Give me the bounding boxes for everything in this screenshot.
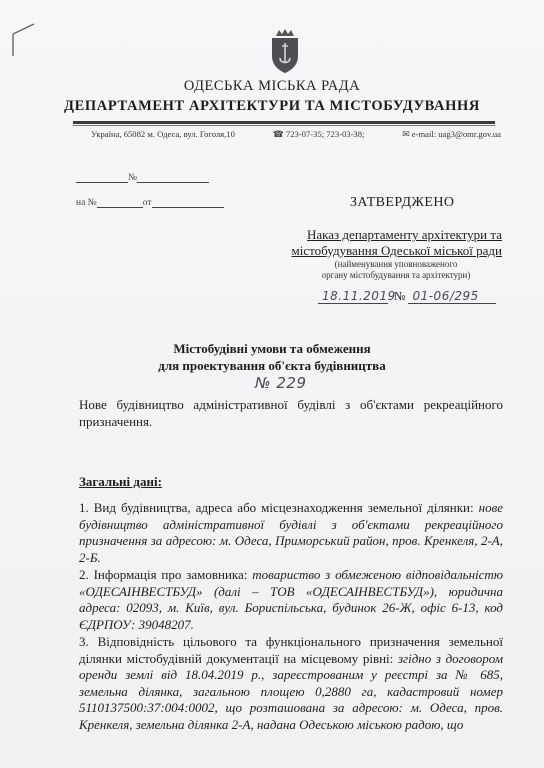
document-title: Містобудівні умови та обмеження [0,341,544,357]
order-date-number: 18.11.2019 № 01-06/295 [318,289,496,304]
section-heading-general: Загальні дані: [79,474,162,490]
from-label: от [143,198,152,208]
number-label: № [394,289,405,303]
phone: ☎723-07-35; 723-03-38; [273,129,365,140]
header-divider [73,121,495,124]
approved-stamp: ЗАТВЕРДЖЕНО [350,195,454,211]
no-label: № [128,173,137,183]
handwritten-doc-number: № 229 [255,374,307,392]
document-subtitle: для проектування об'єкта будівництва [0,358,544,374]
incoming-ref-line: на №от [76,197,224,208]
handwritten-check-mark-icon [10,22,40,58]
item-1: 1. Вид будівництва, адреса або місцезнах… [79,500,503,566]
address: Україна, 65082 м. Одеса, вул. Гоголя,10 [91,129,235,140]
document-subject: Нове будівництво адміністративної будівл… [79,397,503,430]
order-number: 01-06/295 [408,289,496,304]
item-2: 2. Інформація про замовника: товариство … [79,567,503,633]
contact-line: Україна, 65082 м. Одеса, вул. Гоголя,10 … [91,129,501,140]
order-date: 18.11.2019 [318,289,388,304]
header-divider-thin [73,125,495,126]
email-address: e-mail: uag3@omr.gov.ua [412,129,501,139]
envelope-icon: ✉ [402,129,410,139]
item-3: 3. Відповідність цільового та функціонал… [79,634,503,734]
outgoing-ref-line: № [76,172,209,183]
org-name: ОДЕСЬКА МІСЬКА РАДА [0,78,544,95]
authority-note: (найменування уповноваженого органу міст… [290,259,502,281]
phone-numbers: 723-07-35; 723-03-38; [286,129,365,139]
department-name: ДЕПАРТАМЕНТ АРХІТЕКТУРИ ТА МІСТОБУДУВАНН… [0,98,544,115]
on-no-label: на № [76,198,97,208]
email: ✉e-mail: uag3@omr.gov.ua [402,129,501,140]
odesa-coat-of-arms-icon [268,28,302,74]
phone-icon: ☎ [273,129,284,139]
document-page: ОДЕСЬКА МІСЬКА РАДА ДЕПАРТАМЕНТ АРХІТЕКТ… [0,0,544,768]
approving-order: Наказ департаменту архітектури та містоб… [290,227,502,259]
